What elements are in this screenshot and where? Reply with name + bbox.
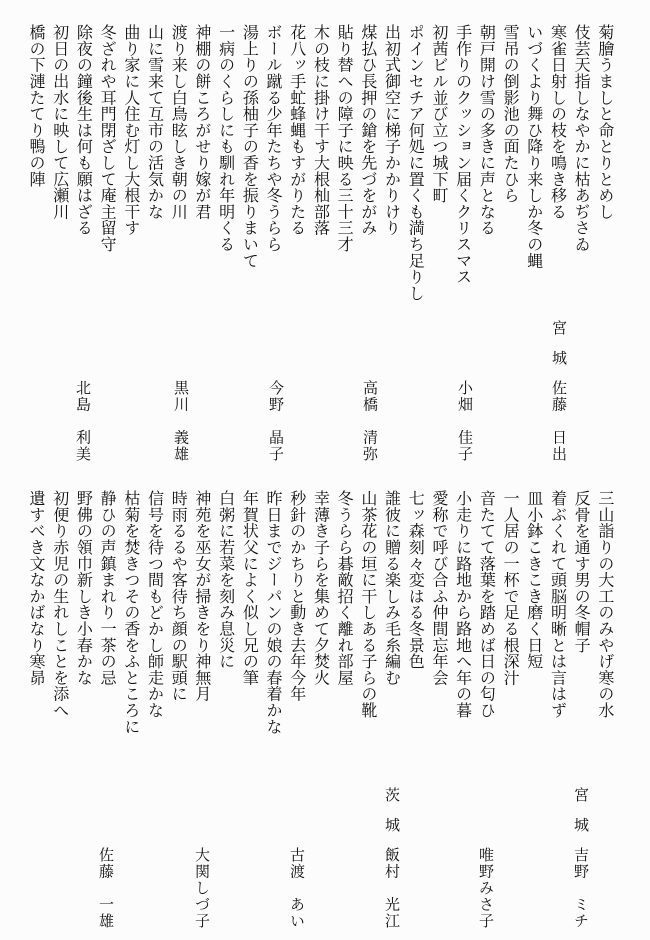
haiku-line: 木の枝に掛け干す大根杣部落 — [312, 24, 328, 236]
author-prefecture — [362, 320, 377, 380]
haiku-line: 秒針のかちりと動き去年今年 — [289, 490, 305, 702]
top-haiku-block: 菊膾うましと命とりとめし 伎芸天指しなやかに枯あぢさゐ 寒雀日射しの枝を鳴き移る… — [28, 24, 613, 324]
haiku-line: 渡り来し白鳥眩しき朝の川 — [170, 24, 186, 220]
haiku-line: 遺すべき文なかばなり寒昴 — [28, 490, 44, 686]
author-prefecture — [478, 787, 493, 847]
haiku-line: 貼り替への障子に映る三十三才 — [336, 24, 352, 252]
haiku-line: 初茜ビル並び立つ城下町 — [431, 24, 447, 203]
author-prefecture — [194, 787, 209, 847]
author-fullname: 小畑 佳子 — [457, 380, 472, 463]
haiku-line: 初日の出水に映して広瀬川 — [52, 24, 68, 220]
haiku-line: 三山詣りの大工のみやげ寒の水 — [597, 490, 613, 718]
haiku-line: 朝戸開け雪の多きに声となる — [478, 24, 494, 236]
haiku-line: 着ぶくれて頭脳明晰とは言はず — [549, 490, 565, 718]
author-name: 佐藤 一雄 — [98, 787, 113, 930]
haiku-line: 七ッ森刻々変はる冬景色 — [407, 490, 423, 669]
author-prefecture — [457, 320, 472, 380]
haiku-line: 昨日までジーパンの娘の春着かな — [265, 490, 281, 735]
haiku-line: 年賀状父によく似し兄の筆 — [241, 490, 257, 686]
haiku-line: 白粥に若菜を刻み息災に — [218, 490, 234, 669]
author-fullname: 佐藤 日出 — [551, 380, 566, 463]
author-fullname: 佐藤 一雄 — [98, 847, 113, 930]
haiku-line: 幸薄き子らを集めて夕焚火 — [312, 490, 328, 686]
author-fullname: 飯村 光江 — [384, 847, 399, 930]
haiku-line: 小走りに路地から路地へ年の暮 — [455, 490, 471, 718]
author-prefecture — [289, 787, 304, 847]
haiku-line: 一人居の一杯で足る根深汁 — [502, 490, 518, 686]
haiku-line: 除夜の鐘後生は何も願はざる — [75, 24, 91, 236]
haiku-line: ボール蹴る少年たちや冬うらら — [265, 24, 281, 252]
author-name: 大関しづ子 — [194, 787, 209, 930]
haiku-line: 野佛の領巾新しき小春かな — [75, 490, 91, 686]
author-fullname: 唯野みさ子 — [478, 847, 493, 930]
haiku-line: 湯上りの孫柚子の香を振りまいて — [241, 24, 257, 269]
author-fullname: 黒川 義雄 — [173, 380, 188, 463]
author-name: 古渡 あい — [289, 787, 304, 930]
haiku-line: 冬ざれや耳門閉ざして庵主留守 — [99, 24, 115, 252]
author-name: 唯野みさ子 — [478, 787, 493, 930]
author-fullname: 古渡 あい — [289, 847, 304, 930]
haiku-line: 雪吊の倒影池の面たひら — [502, 24, 518, 203]
haiku-line: 反骨を通す男の冬帽子 — [573, 490, 589, 653]
haiku-line: 伎芸天指しなやかに枯あぢさゐ — [573, 24, 589, 252]
author-name: 高橋 清弥 — [362, 320, 377, 463]
haiku-line: ポインセチア何処に置くも満ち足りし — [407, 24, 423, 301]
author-fullname: 大関しづ子 — [194, 847, 209, 930]
haiku-line: 初便り赤児の生れしことを添へ — [52, 490, 68, 718]
author-fullname: 北島 利美 — [75, 380, 90, 463]
author-name: 黒川 義雄 — [173, 320, 188, 463]
author-prefecture: 茨城 — [384, 787, 399, 847]
haiku-line: 橋の下漣たてり鴨の陣 — [28, 24, 44, 187]
haiku-line: 菊膾うましと命とりとめし — [597, 24, 613, 220]
haiku-line: 皿小鉢こきこき磨く日短 — [526, 490, 542, 669]
author-prefecture — [268, 320, 283, 380]
author-name: 宮城 佐藤 日出 — [551, 320, 566, 463]
author-prefecture: 宮城 — [573, 787, 588, 847]
haiku-page: 菊膾うましと命とりとめし 伎芸天指しなやかに枯あぢさゐ 寒雀日射しの枝を鳴き移る… — [0, 0, 650, 940]
haiku-line: 枯菊を焚きつその香をふところに — [123, 490, 139, 735]
haiku-line: 神棚の餅ころがせり嫁が君 — [194, 24, 210, 220]
author-fullname: 今野 晶子 — [268, 380, 283, 463]
haiku-line: 時雨るるや客待ち顔の駅頭に — [170, 490, 186, 702]
haiku-line: 手作りのクッション届くクリスマス — [455, 24, 471, 285]
haiku-line: 冬うらら碁敵招く離れ部屋 — [336, 490, 352, 686]
author-prefecture — [98, 787, 113, 847]
haiku-line: 曲り家に人住む灯し大根干す — [123, 24, 139, 236]
author-name: 小畑 佳子 — [457, 320, 472, 463]
author-name: 宮城 吉野 ミチ — [573, 787, 588, 930]
author-fullname: 高橋 清弥 — [362, 380, 377, 463]
author-prefecture — [75, 320, 90, 380]
haiku-line: 煤払ひ長押の鎗を先づをがみ — [360, 24, 376, 236]
haiku-line: 静ひの声鎮まれり一茶の忌 — [99, 490, 115, 686]
haiku-line: 信号を待つ間もどかし師走かな — [147, 490, 163, 718]
haiku-line: 愛称で呼び合ふ仲間忘年会 — [431, 490, 447, 686]
haiku-line: 寒雀日射しの枝を鳴き移る — [549, 24, 565, 220]
haiku-line: 誰彼に贈る楽しみ毛糸編む — [384, 490, 400, 686]
haiku-line: 花八ッ手虻蜂蝿もすがりたる — [289, 24, 305, 236]
haiku-line: いづくより舞ひ降り来しか冬の蝿 — [526, 24, 542, 269]
author-prefecture: 宮城 — [551, 320, 566, 380]
haiku-line: 一病のくらしにも馴れ年明くる — [218, 24, 234, 252]
haiku-line: 音たてて落葉を踏めば日の匂ひ — [478, 490, 494, 718]
author-fullname: 吉野 ミチ — [573, 847, 588, 930]
author-prefecture — [173, 320, 188, 380]
author-name: 茨城 飯村 光江 — [384, 787, 399, 930]
haiku-line: 山茶花の垣に干しある子らの靴 — [360, 490, 376, 718]
haiku-line: 出初式御空に梯子かかりけり — [384, 24, 400, 236]
haiku-line: 神苑を巫女が掃きをり神無月 — [194, 490, 210, 702]
haiku-line: 山に雪来て互市の活気かな — [147, 24, 163, 220]
author-name: 今野 晶子 — [268, 320, 283, 463]
bottom-haiku-block: 三山詣りの大工のみやげ寒の水 反骨を通す男の冬帽子 着ぶくれて頭脳明晰とは言はず… — [28, 490, 613, 790]
author-name: 北島 利美 — [75, 320, 90, 463]
